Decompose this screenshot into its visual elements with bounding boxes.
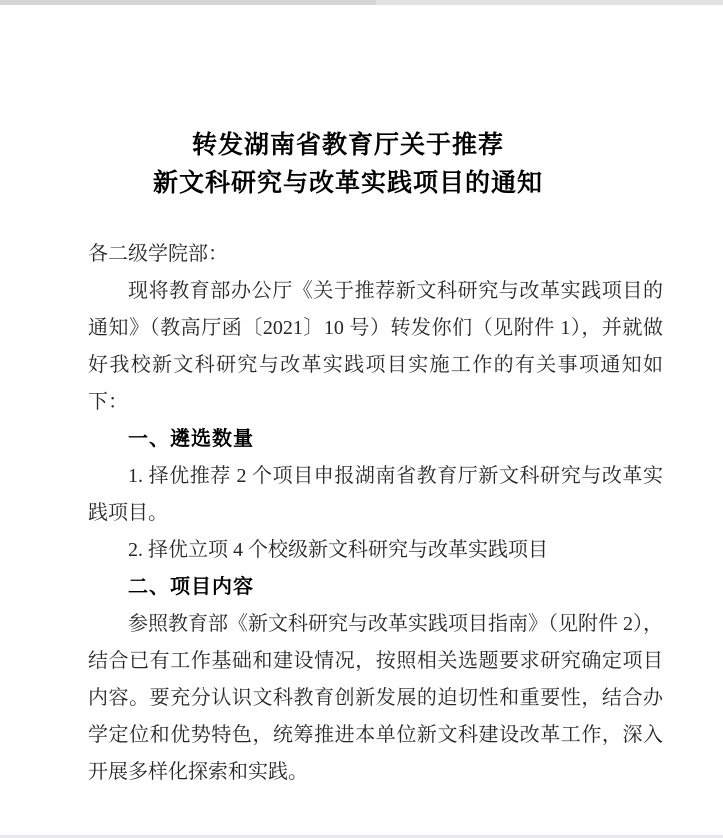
section-heading-1: 一、遴选数量 [88, 421, 663, 458]
paragraph-item-1: 1. 择优推荐 2 个项目申报湖南省教育厅新文科研究与改革实践项目。 [88, 458, 663, 532]
document-page: 转发湖南省教育厅关于推荐 新文科研究与改革实践项目的通知 各二级学院部： 现将教… [0, 0, 723, 838]
title-line-2: 新文科研究与改革实践项目的通知 [88, 164, 608, 202]
document-title: 转发湖南省教育厅关于推荐 新文科研究与改革实践项目的通知 [88, 126, 608, 202]
paragraph-section-2-body: 参照教育部《新文科研究与改革实践项目指南》（见附件 2），结合已有工作基础和建设… [88, 606, 663, 791]
section-heading-2: 二、项目内容 [88, 569, 663, 606]
document-content: 转发湖南省教育厅关于推荐 新文科研究与改革实践项目的通知 各二级学院部： 现将教… [88, 5, 663, 791]
title-line-1: 转发湖南省教育厅关于推荐 [88, 126, 608, 164]
paragraph-item-2: 2. 择优立项 4 个校级新文科研究与改革实践项目 [88, 532, 663, 569]
document-body: 各二级学院部： 现将教育部办公厅《关于推荐新文科研究与改革实践项目的通知》（教高… [88, 236, 663, 791]
paragraph-intro: 现将教育部办公厅《关于推荐新文科研究与改革实践项目的通知》（教高厅函〔2021〕… [88, 273, 663, 421]
salutation: 各二级学院部： [88, 236, 663, 273]
